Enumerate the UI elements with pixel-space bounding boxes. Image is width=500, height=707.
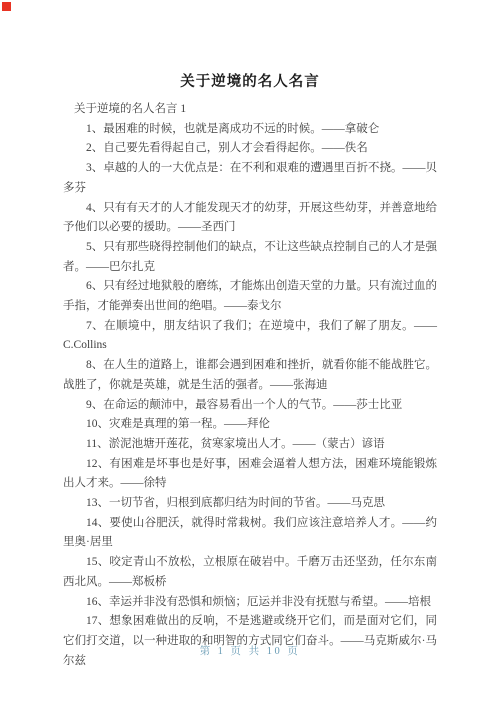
quote-paragraph: 16、幸运并非没有恐惧和烦恼；厄运并非没有抚慰与希望。——培根	[63, 593, 437, 613]
page-footer: 第 1 页 共 10 页	[0, 643, 500, 658]
quote-paragraph: 8、在人生的道路上，谁都会遇到困难和挫折，就看你能不能战胜它。战胜了，你就是英雄…	[63, 356, 437, 395]
quote-paragraph: 2、自己要先看得起自己，别人才会看得起你。——佚名	[63, 139, 437, 159]
quote-paragraph: 6、只有经过地狱般的磨练，才能炼出创造天堂的力量。只有流过血的手指，才能弹奏出世…	[63, 277, 437, 316]
quote-paragraph: 4、只有有天才的人才能发现天才的幼芽，开展这些幼芽，并善意地给予他们以必要的援助…	[63, 199, 437, 238]
quote-paragraph: 13、一切节省，归根到底都归结为时间的节省。——马克思	[63, 494, 437, 514]
document-body: 关于逆境的名人名言 1 1、最困难的时候，也就是离成功不远的时候。——拿破仑2、…	[63, 100, 437, 671]
section-heading: 关于逆境的名人名言 1	[63, 100, 437, 120]
quote-paragraph: 5、只有那些晓得控制他们的缺点，不让这些缺点控制自己的人才是强者。——巴尔扎克	[63, 238, 437, 277]
quote-paragraph: 11、淤泥池塘开莲花，贫寒家境出人才。——（蒙古）谚语	[63, 435, 437, 455]
quote-paragraph: 9、在命运的颠沛中，最容易看出一个人的气节。——莎士比亚	[63, 396, 437, 416]
corner-marker	[2, 2, 11, 11]
document-page: 关于逆境的名人名言 关于逆境的名人名言 1 1、最困难的时候，也就是离成功不远的…	[0, 0, 500, 707]
quote-paragraph: 12、有困难是坏事也是好事，困难会逼着人想方法，困难环境能锻炼出人才来。——徐特	[63, 455, 437, 494]
quote-paragraph: 7、在顺境中，朋友结识了我们；在逆境中，我们了解了朋友。——C.Collins	[63, 317, 437, 356]
quote-paragraph: 1、最困难的时候，也就是离成功不远的时候。——拿破仑	[63, 120, 437, 140]
quote-paragraph: 15、咬定青山不放松，立根原在破岩中。千磨万击还坚劲，任尔东南西北风。——郑板桥	[63, 553, 437, 592]
document-title: 关于逆境的名人名言	[0, 72, 500, 92]
quote-paragraph: 17、想象困难做出的反响，不是逃避或绕开它们，而是面对它们，同它们打交道，以一种…	[63, 612, 437, 671]
quote-paragraph: 3、卓越的人的一大优点是：在不利和艰难的遭遇里百折不挠。——贝多芬	[63, 159, 437, 198]
quote-list: 1、最困难的时候，也就是离成功不远的时候。——拿破仑2、自己要先看得起自己，别人…	[63, 120, 437, 672]
quote-paragraph: 14、要使山谷肥沃，就得时常栽树。我们应该注意培养人才。——约里奥·居里	[63, 514, 437, 553]
quote-paragraph: 10、灾难是真理的第一程。——拜伦	[63, 415, 437, 435]
